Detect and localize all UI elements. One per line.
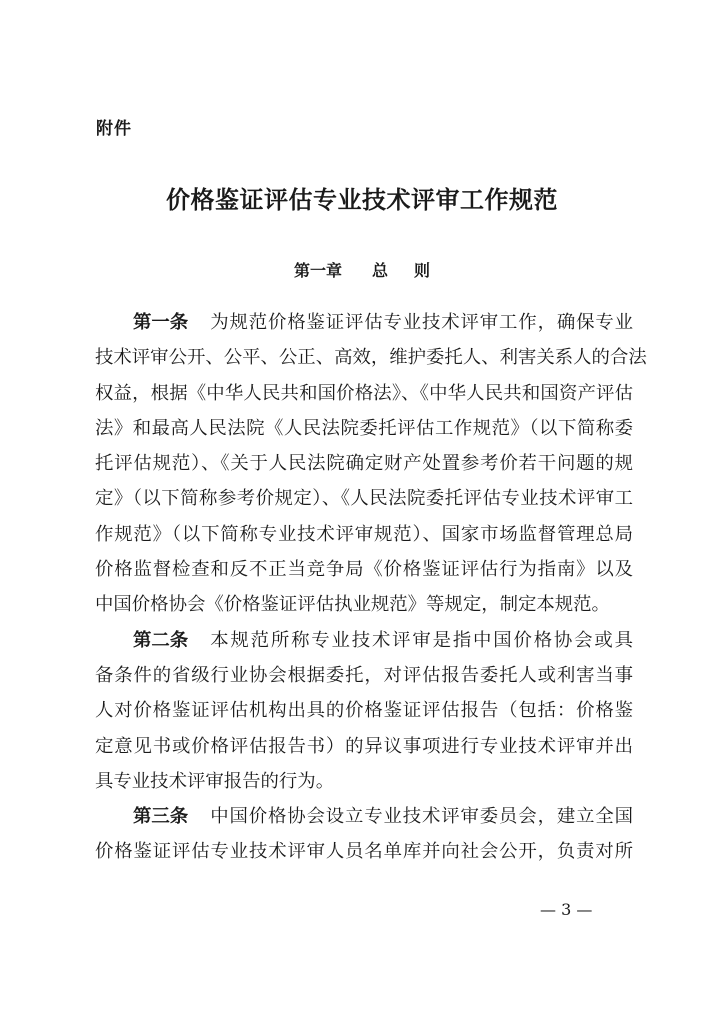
chapter-number: 第一章 <box>294 258 342 281</box>
document-title: 价格鉴证评估专业技术评审工作规范 <box>0 180 724 215</box>
text-line: 权益，根据《中华人民共和国价格法》、《中华人民共和国资产评估 <box>95 380 633 415</box>
article-label: 第一条 <box>133 309 188 344</box>
article-label: 第二条 <box>133 627 188 662</box>
chapter-name-2: 则 <box>414 258 430 281</box>
text-line: 中国价格协会《价格鉴证评估执业规范》等规定，制定本规范。 <box>95 591 633 626</box>
text-line: 技术评审公开、公平、公正、高效，维护委托人、利害关系人的合法 <box>95 344 633 379</box>
text-line: 为规范价格鉴证评估专业技术评审工作，确保专业 <box>210 309 633 344</box>
attachment-label: 附件 <box>96 114 132 139</box>
text-line: 价格鉴证评估专业技术评审人员名单库并向社会公开，负责对所 <box>95 838 633 873</box>
text-line: 备条件的省级行业协会根据委托，对评估报告委托人或利害当事 <box>95 662 633 697</box>
text-line: 法》和最高人民法院《人民法院委托评估工作规范》（以下简称委 <box>95 415 633 450</box>
text-line: 托评估规范）、《关于人民法院确定财产处置参考价若干问题的规 <box>95 450 633 485</box>
paragraph-line: 第一条为规范价格鉴证评估专业技术评审工作，确保专业 <box>95 309 633 344</box>
chapter-name-1: 总 <box>372 258 388 281</box>
chapter-heading: 第一章总则 <box>0 258 724 281</box>
text-line: 定》（以下简称参考价规定）、《人民法院委托评估专业技术评审工 <box>95 485 633 520</box>
text-line: 定意见书或价格评估报告书）的异议事项进行专业技术评审并出 <box>95 733 633 768</box>
text-line: 中国价格协会设立专业技术评审委员会，建立全国 <box>210 803 633 838</box>
text-line: 作规范》（以下简称专业技术评审规范）、国家市场监督管理总局 <box>95 521 633 556</box>
article-label: 第三条 <box>133 803 188 838</box>
text-line: 本规范所称专业技术评审是指中国价格协会或具 <box>210 627 633 662</box>
page-number: — 3 — <box>540 900 592 919</box>
paragraph-line: 第三条中国价格协会设立专业技术评审委员会，建立全国 <box>95 803 633 838</box>
document-body: 第一条为规范价格鉴证评估专业技术评审工作，确保专业 技术评审公开、公平、公正、高… <box>95 309 633 874</box>
text-line: 人对价格鉴证评估机构出具的价格鉴证评估报告（包括：价格鉴 <box>95 697 633 732</box>
text-line: 价格监督检查和反不正当竞争局《价格鉴证评估行为指南》以及 <box>95 556 633 591</box>
paragraph-line: 第二条本规范所称专业技术评审是指中国价格协会或具 <box>95 627 633 662</box>
text-line: 具专业技术评审报告的行为。 <box>95 768 633 803</box>
